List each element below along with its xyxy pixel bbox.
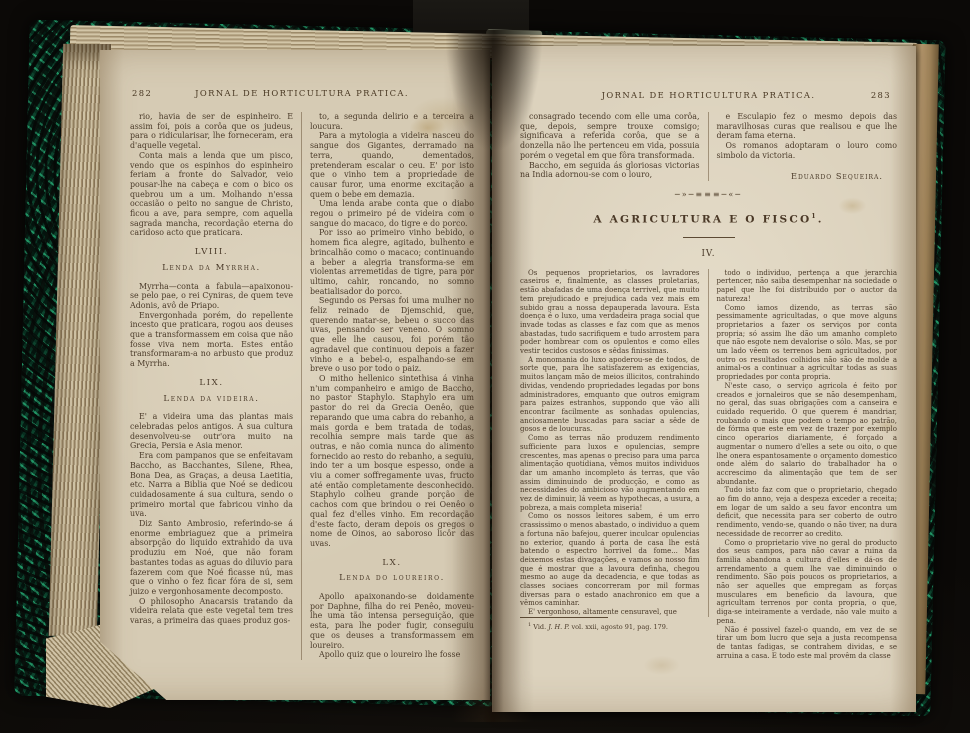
paragraph: todo o individuo, pertença a que jerarch… bbox=[717, 269, 898, 304]
chapter-number-heading: LIX. bbox=[130, 379, 293, 389]
right-running-head: JORNAL DE HORTICULTURA PRATICA. 283 bbox=[520, 90, 897, 101]
article-title: A AGRICULTURA E O FISCO1. bbox=[520, 213, 897, 226]
footnote-rule bbox=[520, 617, 608, 618]
paragraph: Myrrha—conta a fabula—apaixonou-se pelo … bbox=[130, 282, 293, 311]
paragraph: Baccho, em seguida ás gloriosas victoria… bbox=[520, 161, 700, 180]
footnote: 1 Vid. J. H. P. vol. xxii, agosto 91, pa… bbox=[520, 617, 700, 635]
title-rule bbox=[683, 237, 735, 238]
section-numeral: IV. bbox=[520, 249, 897, 259]
paragraph: Envergonhada porém, do repellente incest… bbox=[130, 311, 293, 369]
paragraph: Os pequenos proprietarios, os lavradores… bbox=[520, 269, 700, 356]
journal-running-title: JORNAL DE HORTICULTURA PRATICA. bbox=[520, 90, 897, 100]
chapter-number-heading: LX. bbox=[310, 559, 474, 569]
paragraph: N'este caso, o serviço agricola é feito … bbox=[717, 382, 898, 486]
author-signature: Eduardo Sequeira. bbox=[717, 172, 898, 182]
paragraph: O mitho hellenico sintethisa á vinha n'u… bbox=[310, 374, 474, 549]
paragraph: Tudo isto faz com que o proprietario, ch… bbox=[717, 486, 898, 538]
paragraph: Como iamos dizendo, as terras são pessim… bbox=[717, 304, 898, 382]
right-page-number: 283 bbox=[871, 90, 891, 100]
paragraph: Como as terras não produzem rendimento s… bbox=[520, 434, 700, 512]
paragraph: O philosopho Anacarsis tratando da videi… bbox=[130, 597, 293, 626]
left-running-head: 282 JORNAL DE HORTICULTURA PRATICA. bbox=[130, 88, 474, 99]
journal-abbreviation: J. H. P. bbox=[548, 623, 569, 631]
paragraph: e Esculapio fez o mesmo depois das marav… bbox=[717, 112, 898, 141]
legend-title: Lenda da Myrrha. bbox=[130, 264, 293, 274]
left-page-column-2: to, a segunda delirio e a terceira a lou… bbox=[302, 112, 474, 660]
paragraph: to, a segunda delirio e a terceira a lou… bbox=[310, 112, 474, 131]
paragraph: Os romanos adoptaram o louro como simbol… bbox=[717, 141, 898, 160]
left-page-column-1: rio, havia de ser de espinheiro. E assim… bbox=[130, 112, 302, 660]
legend-title: Lenda da videira. bbox=[130, 395, 293, 405]
paragraph: rio, havia de ser de espinheiro. E assim… bbox=[130, 112, 293, 151]
paragraph: Segundo os Persas foi uma mulher no feli… bbox=[310, 296, 474, 374]
article-column-2: todo o individuo, pertença a que jerarch… bbox=[709, 269, 898, 661]
paragraph: Uma lenda arabe conta que o diabo regou … bbox=[310, 199, 474, 228]
chapter-number-heading: LVIII. bbox=[130, 248, 293, 258]
right-page-top-column-2: e Esculapio fez o mesmo depois das marav… bbox=[709, 112, 898, 181]
left-page: 282 JORNAL DE HORTICULTURA PRATICA. rio,… bbox=[100, 50, 490, 700]
right-page-top-column-1: consagrado tecendo com elle uma corôa, q… bbox=[520, 112, 709, 181]
right-page: JORNAL DE HORTICULTURA PRATICA. 283 cons… bbox=[492, 46, 916, 712]
journal-running-title: JORNAL DE HORTICULTURA PRATICA. bbox=[130, 88, 474, 98]
paragraph: A monomania do luxo apoderou-se de todos… bbox=[520, 356, 700, 434]
paragraph: Apollo quiz que o loureiro lhe fosse bbox=[310, 650, 474, 660]
legend-title: Lenda do loureiro. bbox=[310, 574, 474, 584]
paragraph: Como os nossos leitores sabem, é um erro… bbox=[520, 512, 700, 608]
paragraph: Apollo apaixonando-se doidamente por Dap… bbox=[310, 592, 474, 650]
paragraph: Era com pampanos que se enfeitavam Bacch… bbox=[130, 451, 293, 519]
paragraph: E' a videira uma das plantas mais celebr… bbox=[130, 412, 293, 451]
divider-ornament: ─»─≡≡≡─«─ bbox=[520, 190, 897, 199]
paragraph: Por isso ao primeiro vinho bebido, o hom… bbox=[310, 228, 474, 296]
paragraph: Para a mytologia a videira nasceu do san… bbox=[310, 131, 474, 199]
paragraph: consagrado tecendo com elle uma corôa, q… bbox=[520, 112, 700, 161]
paragraph: E' vergonhoso, altamente censuravel, que bbox=[520, 608, 700, 617]
paragraph: Conta mais a lenda que um pisco, vendo q… bbox=[130, 151, 293, 238]
article-column-1: Os pequenos proprietarios, os lavradores… bbox=[520, 269, 709, 617]
paragraph: Diz Santo Ambrosio, referindo-se á enorm… bbox=[130, 519, 293, 597]
paragraph: Não é possivel fazel-o quando, em vez de… bbox=[717, 626, 898, 661]
paragraph: Como o proprietario vive no geral do pro… bbox=[717, 539, 898, 626]
